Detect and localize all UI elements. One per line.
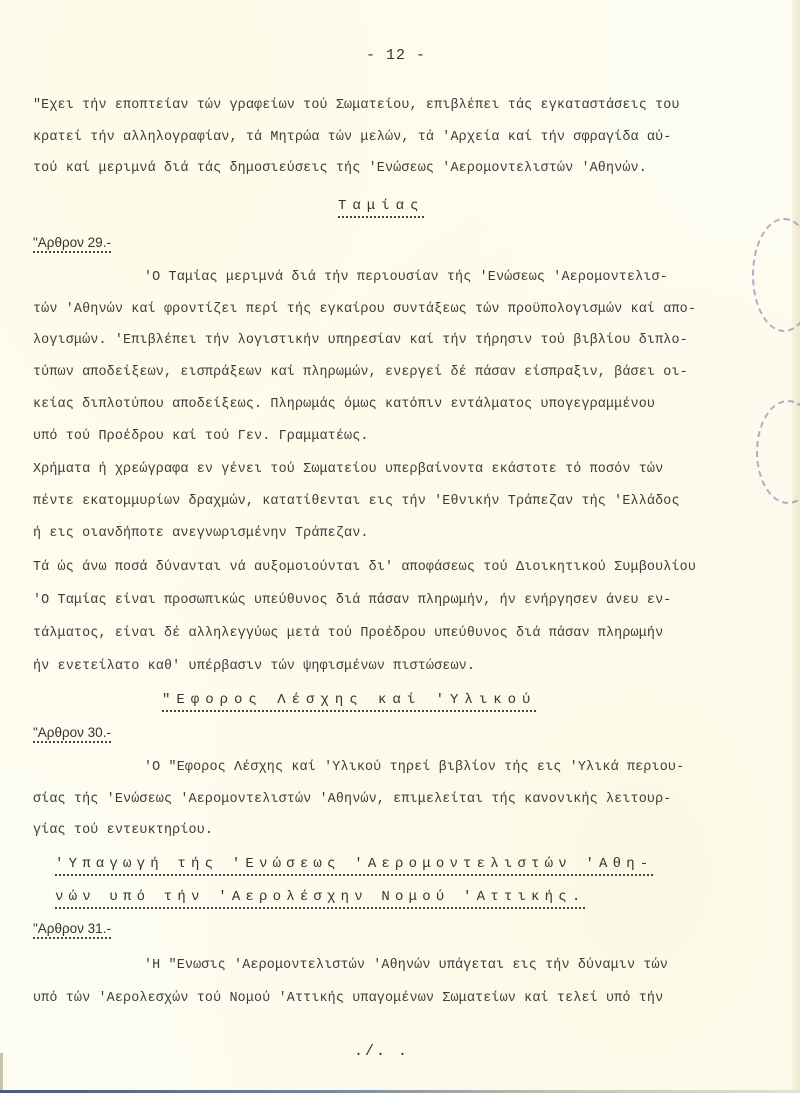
text-line: πέντε εκατομμυρίων δραχμών, κατατίθενται…: [33, 494, 680, 510]
article-30-label: "Αρθρον 30.-: [33, 725, 111, 743]
continuation-mark: ./. .: [354, 1043, 409, 1060]
section-heading-ypagogi: 'Υπαγωγή τής 'Ενώσεως 'Αερομοντελιστών '…: [55, 856, 653, 876]
text-line: 'Ο Ταμίας μεριμνά διά τήν περιουσίαν τής…: [144, 270, 668, 286]
paper-edge: [792, 0, 800, 1093]
text-line: τού καί μεριμνά διά τάς δημοσιεύσεις τής…: [33, 161, 647, 177]
text-line: υπό τών 'Αερολεσχών τού Νομού 'Αττικής υ…: [33, 991, 663, 1007]
text-line: Χρήματα ή χρεώγραφα εν γένει τού Σωματεί…: [33, 462, 663, 478]
text-line: τών 'Αθηνών καί φροντίζει περί τής εγκαί…: [33, 302, 696, 318]
paper-edge-left: [0, 1053, 3, 1093]
text-line: 'Ο Ταμίας είναι προσωπικώς υπεύθυνος διά…: [33, 593, 671, 609]
section-heading-tamias: Ταμίας: [338, 198, 424, 218]
text-line: Τά ώς άνω ποσά δύνανται νά αυξομοιούνται…: [33, 560, 696, 576]
text-line: 'Ο "Εφορος Λέσχης καί 'Υλικού τηρεί βιβλ…: [144, 760, 684, 776]
article-29-label: "Αρθρον 29.-: [33, 235, 111, 253]
stamp-mark: [756, 400, 800, 504]
text-line: "Εχει τήν εποπτείαν τών γραφείων τού Σωμ…: [33, 98, 680, 114]
text-line: 'Η "Ενωσις 'Αερομοντελιστών 'Αθηνών υπάγ…: [144, 958, 668, 974]
text-line: κρατεί τήν αλληλογραφίαν, τά Μητρώα τών …: [33, 130, 671, 146]
text-line: σίας τής 'Ενώσεως 'Αερομοντελιστών 'Αθην…: [33, 792, 671, 808]
stamp-mark: [752, 218, 800, 332]
text-line: λογισμών. 'Επιβλέπει τήν λογιστικήν υπηρ…: [33, 333, 688, 349]
article-31-label: "Αρθρον 31.-: [33, 921, 111, 939]
text-line: ή εις οιανδήποτε ανεγνωρισμένην Τράπεζαν…: [33, 526, 369, 542]
text-line: τάλματος, είναι δέ αλληλεγγύως μετά τού …: [33, 626, 663, 642]
text-line: υπό τού Προέδρου καί τού Γεν. Γραμματέως…: [33, 429, 369, 445]
text-line: ήν ενετείλατο καθ' υπέρβασιν τών ψηφισμέ…: [33, 659, 475, 675]
document-page: - 12 - "Εχει τήν εποπτείαν τών γραφείων …: [0, 0, 800, 1093]
page-number: - 12 -: [366, 47, 426, 64]
section-heading-ypagogi-cont: νών υπό τήν 'Αερολέσχην Νομού 'Αττικής.: [55, 889, 585, 909]
section-heading-eforos: "Εφορος Λέσχης καί 'Υλικού: [162, 692, 536, 712]
text-line: γίας τού εντευκτηρίου.: [33, 823, 213, 839]
text-line: κείας διπλοτύπου αποδείξεως. Πληρωμάς όμ…: [33, 397, 655, 413]
text-line: τύπων αποδείξεων, εισπράξεων καί πληρωμώ…: [33, 365, 688, 381]
